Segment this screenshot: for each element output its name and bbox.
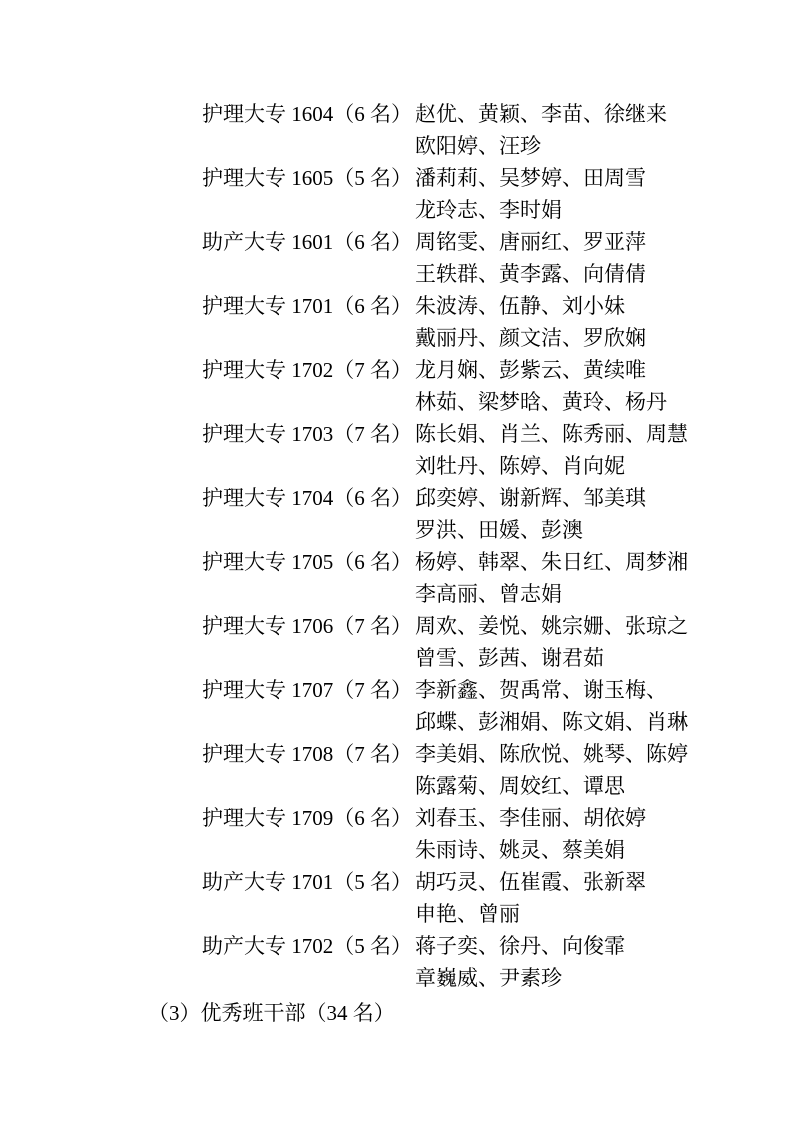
class-entry: 护理大专 1706（7 名） 周欢、姜悦、姚宗姗、张琼之 曾雪、彭茜、谢君茹 [202, 610, 777, 674]
award-class-list: 护理大专 1604（6 名） 赵优、黄颖、李苗、徐继来 欧阳婷、汪珍 护理大专 … [202, 98, 777, 994]
names-line-1: 朱波涛、伍静、刘小妹 [415, 290, 777, 322]
student-names: 潘莉莉、吴梦婷、田周雪 龙玲志、李时娟 [415, 162, 777, 226]
student-names: 蒋子奕、徐丹、向俊霏 章巍威、尹素珍 [415, 930, 777, 994]
student-names: 杨婷、韩翠、朱日红、周梦湘 李高丽、曾志娟 [415, 546, 777, 610]
names-line-1: 邱奕婷、谢新辉、邹美琪 [415, 482, 777, 514]
student-names: 陈长娟、肖兰、陈秀丽、周慧 刘牡丹、陈婷、肖向妮 [415, 418, 777, 482]
student-names: 赵优、黄颖、李苗、徐继来 欧阳婷、汪珍 [415, 98, 777, 162]
class-entry: 护理大专 1705（6 名） 杨婷、韩翠、朱日红、周梦湘 李高丽、曾志娟 [202, 546, 777, 610]
names-line-2: 戴丽丹、颜文洁、罗欣娴 [415, 322, 777, 354]
names-line-2: 龙玲志、李时娟 [415, 194, 777, 226]
names-line-2: 申艳、曾丽 [415, 898, 777, 930]
student-names: 刘春玉、李佳丽、胡依婷 朱雨诗、姚灵、蔡美娟 [415, 802, 777, 866]
class-entry: 护理大专 1703（7 名） 陈长娟、肖兰、陈秀丽、周慧 刘牡丹、陈婷、肖向妮 [202, 418, 777, 482]
class-entry: 助产大专 1702（5 名） 蒋子奕、徐丹、向俊霏 章巍威、尹素珍 [202, 930, 777, 994]
class-label: 护理大专 1708（7 名） [202, 738, 415, 770]
names-line-2: 李高丽、曾志娟 [415, 578, 777, 610]
names-line-1: 周铭雯、唐丽红、罗亚萍 [415, 226, 777, 258]
document-page: 护理大专 1604（6 名） 赵优、黄颖、李苗、徐继来 欧阳婷、汪珍 护理大专 … [0, 0, 793, 1122]
student-names: 周欢、姜悦、姚宗姗、张琼之 曾雪、彭茜、谢君茹 [415, 610, 777, 674]
names-line-1: 陈长娟、肖兰、陈秀丽、周慧 [415, 418, 777, 450]
class-label: 护理大专 1709（6 名） [202, 802, 415, 834]
class-label: 助产大专 1601（6 名） [202, 226, 415, 258]
class-label: 护理大专 1704（6 名） [202, 482, 415, 514]
names-line-2: 王轶群、黄李露、向倩倩 [415, 258, 777, 290]
student-names: 李新鑫、贺禹常、谢玉梅、 邱蝶、彭湘娟、陈文娟、肖琳 [415, 674, 777, 738]
names-line-2: 罗洪、田媛、彭澳 [415, 514, 777, 546]
class-entry: 护理大专 1708（7 名） 李美娟、陈欣悦、姚琴、陈婷 陈露菊、周姣红、谭思 [202, 738, 777, 802]
class-label: 护理大专 1706（7 名） [202, 610, 415, 642]
class-label: 护理大专 1604（6 名） [202, 98, 415, 130]
student-names: 邱奕婷、谢新辉、邹美琪 罗洪、田媛、彭澳 [415, 482, 777, 546]
class-entry: 护理大专 1707（7 名） 李新鑫、贺禹常、谢玉梅、 邱蝶、彭湘娟、陈文娟、肖… [202, 674, 777, 738]
class-label: 护理大专 1702（7 名） [202, 354, 415, 386]
class-label: 护理大专 1705（6 名） [202, 546, 415, 578]
class-entry: 护理大专 1605（5 名） 潘莉莉、吴梦婷、田周雪 龙玲志、李时娟 [202, 162, 777, 226]
names-line-2: 陈露菊、周姣红、谭思 [415, 770, 777, 802]
student-names: 胡巧灵、伍崔霞、张新翠 申艳、曾丽 [415, 866, 777, 930]
student-names: 李美娟、陈欣悦、姚琴、陈婷 陈露菊、周姣红、谭思 [415, 738, 777, 802]
names-line-2: 欧阳婷、汪珍 [415, 130, 777, 162]
names-line-2: 朱雨诗、姚灵、蔡美娟 [415, 834, 777, 866]
class-label: 护理大专 1605（5 名） [202, 162, 415, 194]
names-line-1: 刘春玉、李佳丽、胡依婷 [415, 802, 777, 834]
names-line-1: 蒋子奕、徐丹、向俊霏 [415, 930, 777, 962]
names-line-1: 李新鑫、贺禹常、谢玉梅、 [415, 674, 777, 706]
class-label: 助产大专 1702（5 名） [202, 930, 415, 962]
student-names: 周铭雯、唐丽红、罗亚萍 王轶群、黄李露、向倩倩 [415, 226, 777, 290]
class-entry: 护理大专 1701（6 名） 朱波涛、伍静、刘小妹 戴丽丹、颜文洁、罗欣娴 [202, 290, 777, 354]
names-line-2: 邱蝶、彭湘娟、陈文娟、肖琳 [415, 706, 777, 738]
student-names: 龙月娴、彭紫云、黄续唯 林茹、梁梦晗、黄玲、杨丹 [415, 354, 777, 418]
class-entry: 护理大专 1709（6 名） 刘春玉、李佳丽、胡依婷 朱雨诗、姚灵、蔡美娟 [202, 802, 777, 866]
names-line-1: 胡巧灵、伍崔霞、张新翠 [415, 866, 777, 898]
names-line-1: 李美娟、陈欣悦、姚琴、陈婷 [415, 738, 777, 770]
names-line-1: 杨婷、韩翠、朱日红、周梦湘 [415, 546, 777, 578]
class-label: 助产大专 1701（5 名） [202, 866, 415, 898]
class-entry: 助产大专 1701（5 名） 胡巧灵、伍崔霞、张新翠 申艳、曾丽 [202, 866, 777, 930]
class-label: 护理大专 1701（6 名） [202, 290, 415, 322]
class-entry: 护理大专 1604（6 名） 赵优、黄颖、李苗、徐继来 欧阳婷、汪珍 [202, 98, 777, 162]
names-line-2: 曾雪、彭茜、谢君茹 [415, 642, 777, 674]
class-label: 护理大专 1707（7 名） [202, 674, 415, 706]
names-line-2: 刘牡丹、陈婷、肖向妮 [415, 450, 777, 482]
names-line-2: 林茹、梁梦晗、黄玲、杨丹 [415, 386, 777, 418]
names-line-2: 章巍威、尹素珍 [415, 962, 777, 994]
names-line-1: 龙月娴、彭紫云、黄续唯 [415, 354, 777, 386]
class-label: 护理大专 1703（7 名） [202, 418, 415, 450]
class-entry: 助产大专 1601（6 名） 周铭雯、唐丽红、罗亚萍 王轶群、黄李露、向倩倩 [202, 226, 777, 290]
class-entry: 护理大专 1704（6 名） 邱奕婷、谢新辉、邹美琪 罗洪、田媛、彭澳 [202, 482, 777, 546]
student-names: 朱波涛、伍静、刘小妹 戴丽丹、颜文洁、罗欣娴 [415, 290, 777, 354]
section-heading: （3）优秀班干部（34 名） [148, 997, 395, 1029]
names-line-1: 赵优、黄颖、李苗、徐继来 [415, 98, 777, 130]
class-entry: 护理大专 1702（7 名） 龙月娴、彭紫云、黄续唯 林茹、梁梦晗、黄玲、杨丹 [202, 354, 777, 418]
names-line-1: 潘莉莉、吴梦婷、田周雪 [415, 162, 777, 194]
names-line-1: 周欢、姜悦、姚宗姗、张琼之 [415, 610, 777, 642]
